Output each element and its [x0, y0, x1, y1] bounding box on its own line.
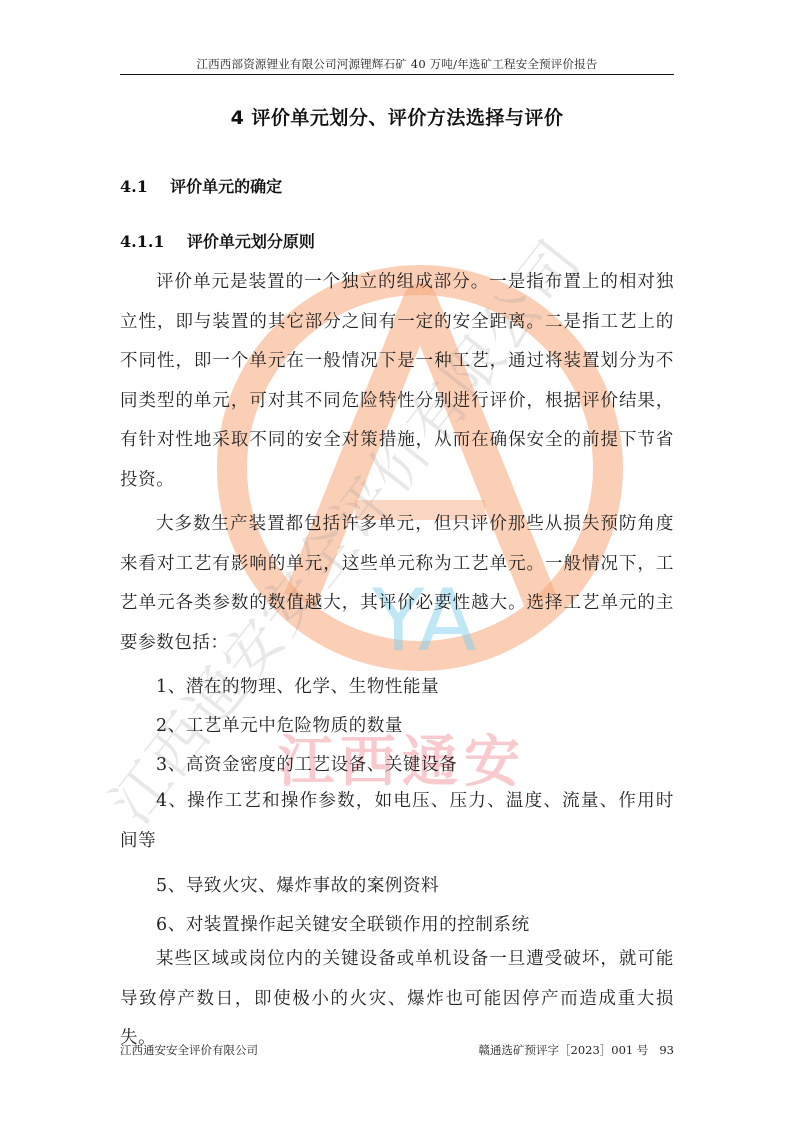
list-item: 1、潜在的物理、化学、生物性能量	[156, 673, 439, 698]
paragraph-2: 大多数生产装置都包括许多单元，但只评价那些从损失预防角度来看对工艺有影响的单元，…	[120, 505, 674, 663]
section-title: 评价单元的确定	[170, 177, 282, 196]
chapter-title: 4 评价单元划分、评价方法选择与评价	[120, 103, 674, 130]
section-number: 4.1	[120, 177, 148, 196]
document-page: YA 江西通安安全评价有限公司 江西通安 江西西部资源锂业有限公司河源锂辉石矿 …	[0, 0, 794, 1123]
footer-doc-info: 赣通选矿预评字［2023］001 号 93	[479, 1042, 674, 1058]
list-item: 3、高资金密度的工艺设备、关键设备	[156, 751, 457, 776]
paragraph-3: 某些区域或岗位内的关键设备或单机设备一旦遭受破坏，就可能导致停产数日，即使极小的…	[120, 940, 674, 1059]
list-item: 5、导致火灾、爆炸事故的案例资料	[156, 872, 439, 897]
section-number: 4.1.1	[120, 232, 165, 251]
running-header: 江西西部资源锂业有限公司河源锂辉石矿 40 万吨/年选矿工程安全预评价报告	[120, 56, 674, 72]
list-item: 6、对装置操作起关键安全联锁作用的控制系统	[156, 911, 530, 936]
section-title: 评价单元划分原则	[187, 232, 315, 251]
document-number: 赣通选矿预评字［2023］001 号	[479, 1043, 649, 1057]
page-number: 93	[659, 1043, 674, 1057]
header-divider	[120, 74, 674, 75]
list-item: 2、工艺单元中危险物质的数量	[156, 712, 403, 737]
section-heading-4-1: 4.1 评价单元的确定	[120, 174, 282, 197]
section-heading-4-1-1: 4.1.1 评价单元划分原则	[120, 229, 315, 252]
paragraph-1: 评价单元是装置的一个独立的组成部分。一是指布置上的相对独立性，即与装置的其它部分…	[120, 263, 674, 500]
footer-company: 江西通安安全评价有限公司	[120, 1042, 258, 1058]
list-item: 4、操作工艺和操作参数，如电压、压力、温度、流量、作用时间等	[120, 782, 674, 861]
